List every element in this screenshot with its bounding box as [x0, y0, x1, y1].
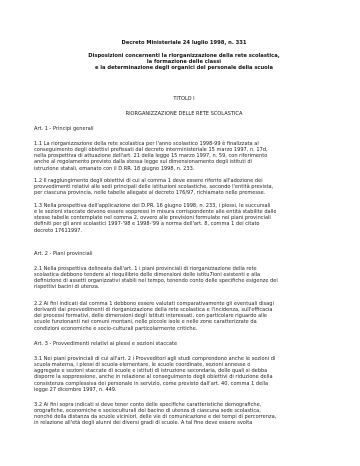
paragraph-3-1: 3.1 Nei piani provinciali di cui all'art…	[34, 356, 334, 393]
text-line: condizioni economiche e socio-culturali …	[34, 326, 334, 332]
titolo-subtitle: RIORGANIZZAZIONE DELLE RETE SCOLASTICA	[34, 111, 334, 117]
subject-line: e la determinazione degli organici del p…	[34, 65, 334, 71]
text-line: in relazione all'età degli alunni dei di…	[34, 420, 334, 426]
titolo-heading: TITOLO I	[34, 96, 334, 102]
paragraph-2-2: 2.2 Ai fini indicati dal comma 1 debbono…	[34, 301, 334, 332]
text-line: istruzione statali, emanato con il D.RR.…	[34, 166, 334, 172]
paragraph-3-2: 3.2 Ai fini sopra indicati si deve tener…	[34, 402, 334, 427]
decree-subject: Disposizioni concernenti la riorganizzaz…	[34, 53, 334, 72]
section-heading-art-2: Art. 2 - Piani provinciali	[34, 251, 334, 257]
text-line: rispettivi bacini di utenza.	[34, 284, 334, 290]
decree-title: Decreto Ministeriale 24 luglio 1998, n. …	[34, 40, 334, 46]
text-line: legge 27 dicembre 1997, n. 449.	[34, 387, 334, 393]
text-line: per ciascuna provincia, nelle tabelle al…	[34, 190, 334, 196]
section-heading-art-3: Art. 3 - Provvedimenti relativi ai pless…	[34, 341, 334, 347]
paragraph-1-2: 1.2 Il raggiungimento degli obiettivi di…	[34, 178, 334, 196]
paragraph-1-3: 1.3 Nella prospettiva dell'applicazione …	[34, 203, 334, 234]
paragraph-1-1: 1.1 La riorganizzazione della rete scola…	[34, 141, 334, 172]
text-line: decreto 17611997.	[34, 228, 334, 234]
section-heading-art-1: Art. 1 - Principi generali	[34, 126, 334, 132]
paragraph-2-1: 2.1 Nella prospettiva delineata dall'art…	[34, 266, 334, 291]
